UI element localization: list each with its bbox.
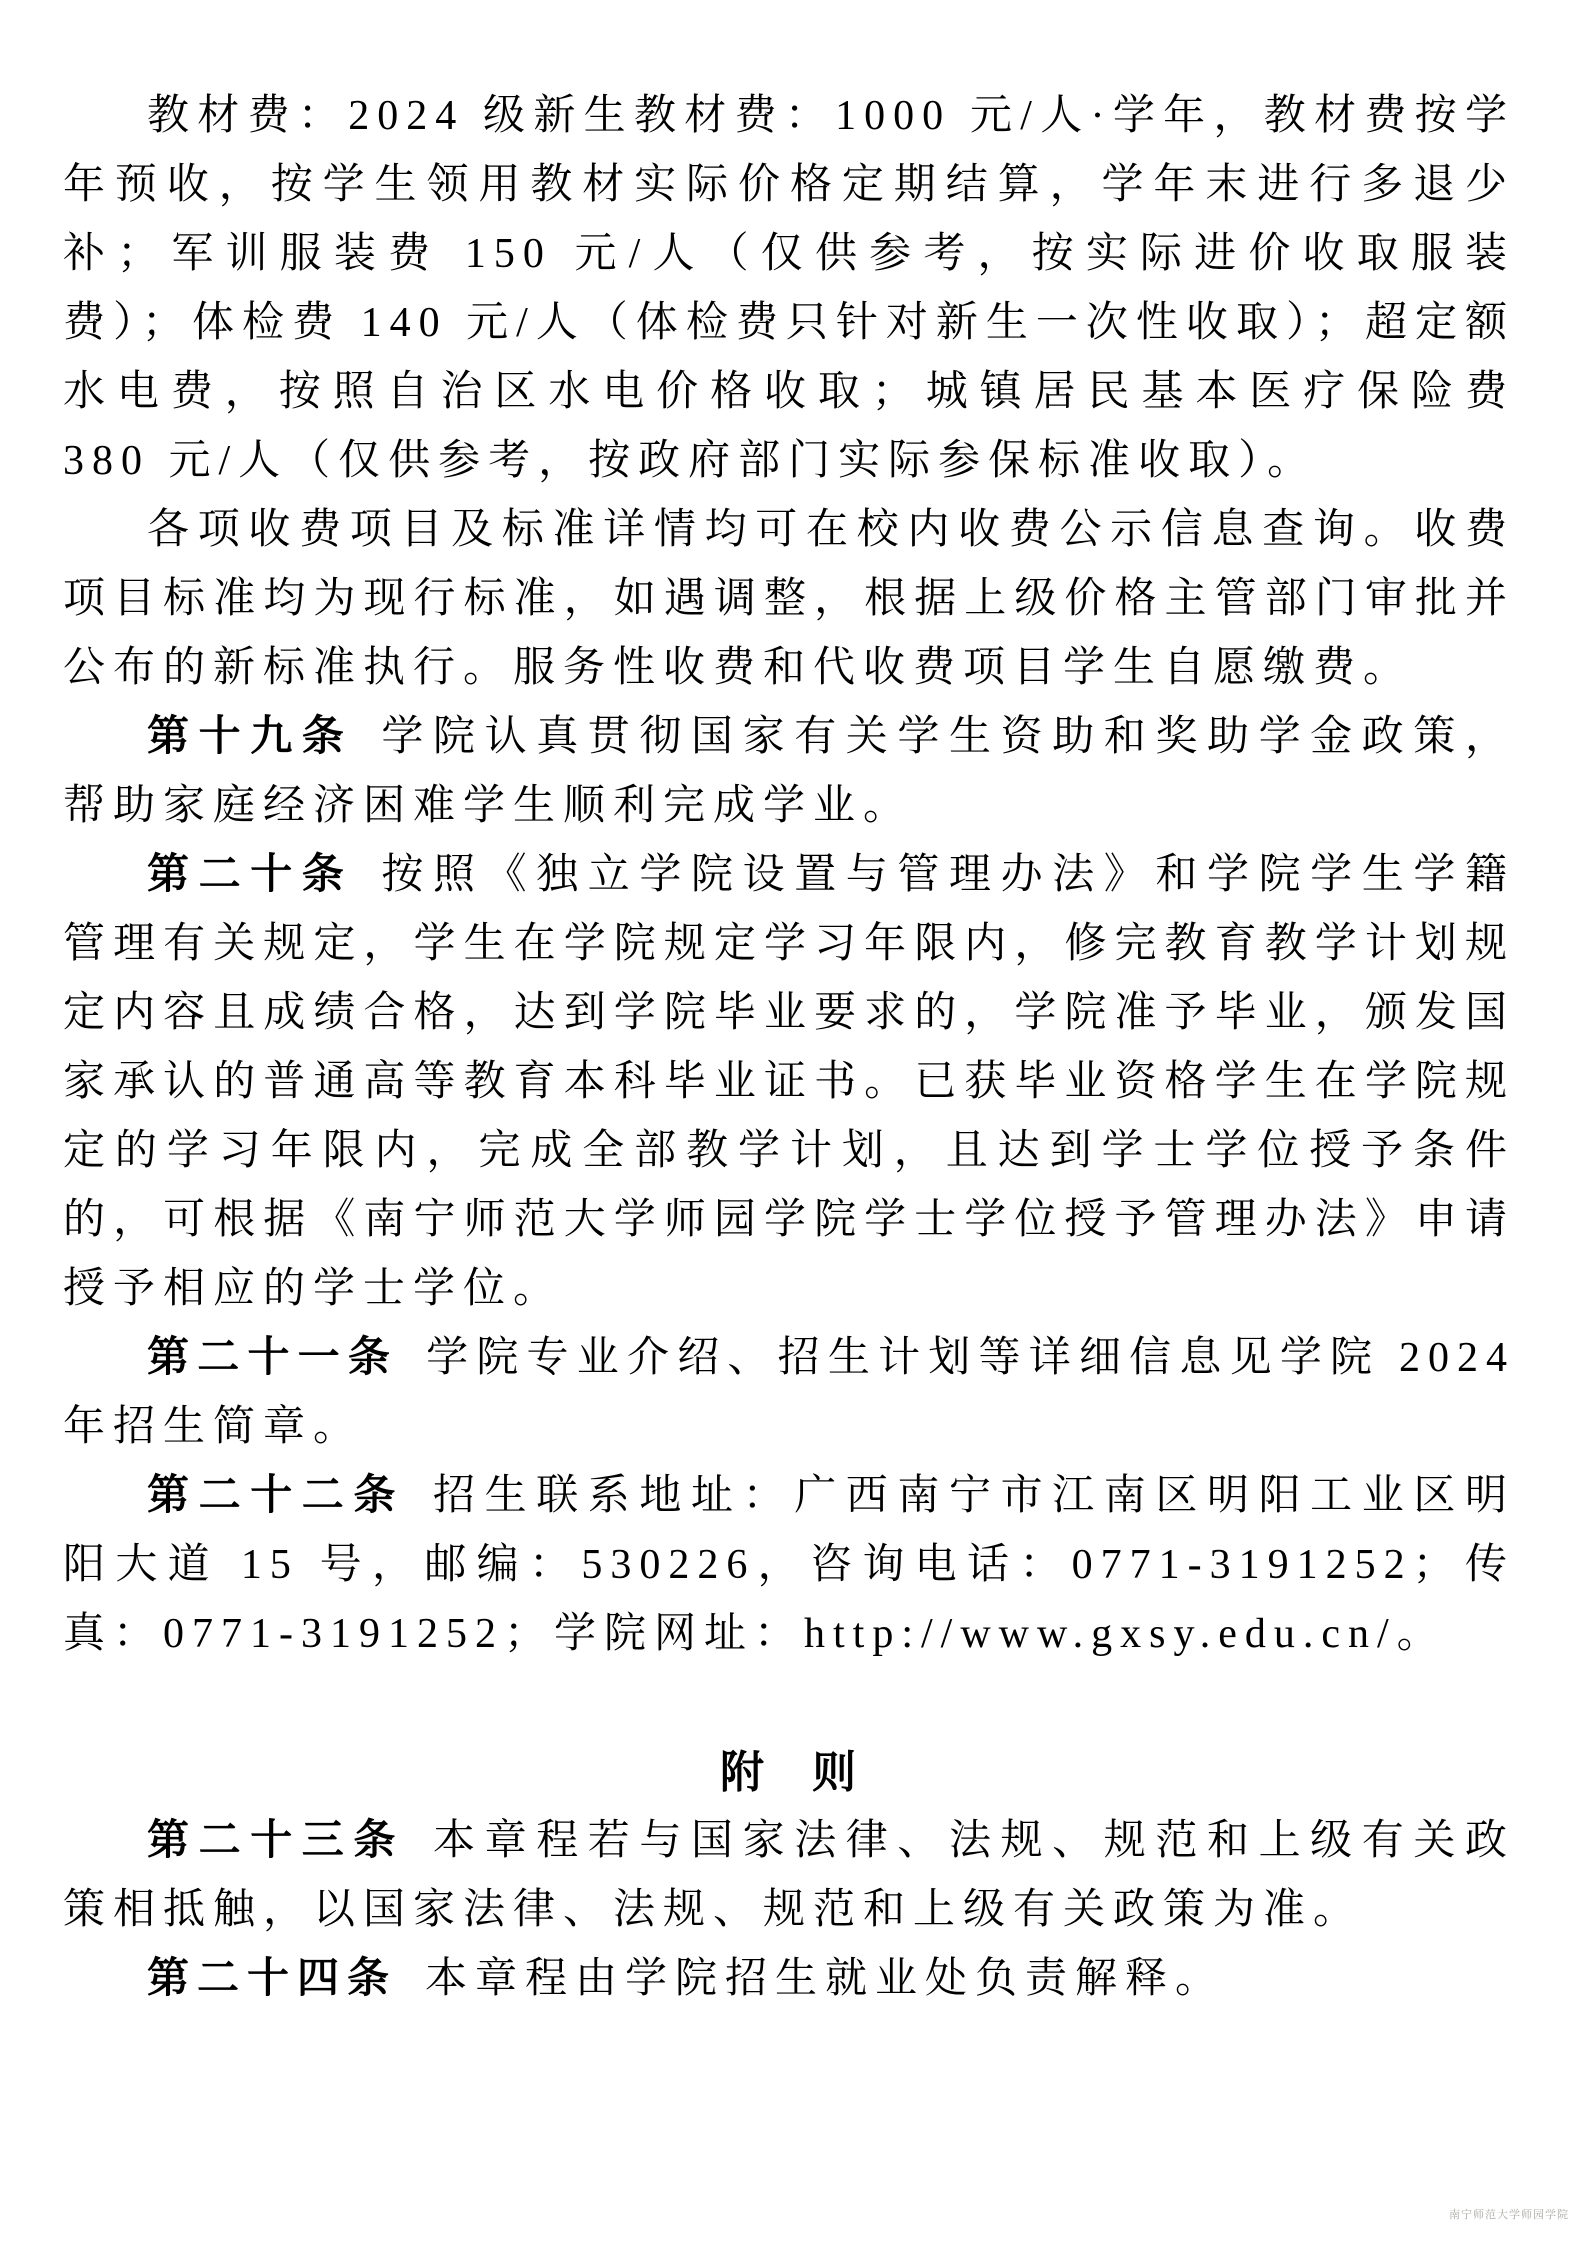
paragraph-fee-standards: 各项收费项目及标准详情均可在校内收费公示信息查询。收费项目标准均为现行标准，如遇… [63, 496, 1515, 703]
paragraph-text: 各项收费项目及标准详情均可在校内收费公示信息查询。收费项目标准均为现行标准，如遇… [63, 507, 1515, 691]
document-page: 教材费：2024 级新生教材费：1000 元/人·学年，教材费按学年预收，按学生… [63, 82, 1515, 2014]
paragraph-text: 教材费：2024 级新生教材费：1000 元/人·学年，教材费按学年预收，按学生… [63, 93, 1515, 484]
article-text: 本章程由学院招生就业处负责解释。 [425, 1956, 1225, 2002]
article-22: 第二十二条招生联系地址：广西南宁市江南区明阳工业区明阳大道 15 号，邮编：53… [63, 1462, 1515, 1669]
section-heading-appendix: 附 则 [63, 1738, 1515, 1807]
article-number: 第二十条 [147, 852, 353, 898]
article-number: 第二十四条 [147, 1956, 397, 2002]
article-number: 第二十二条 [147, 1473, 405, 1519]
article-text: 按照《独立学院设置与管理办法》和学院学生学籍管理有关规定，学生在学院规定学习年限… [63, 852, 1515, 1312]
article-number: 第十九条 [147, 714, 353, 760]
article-19: 第十九条学院认真贯彻国家有关学生资助和奖助学金政策，帮助家庭经济困难学生顺利完成… [63, 703, 1515, 841]
watermark: 南宁师范大学师园学院 [1449, 2208, 1569, 2222]
article-23: 第二十三条本章程若与国家法律、法规、规范和上级有关政策相抵触，以国家法律、法规、… [63, 1807, 1515, 1945]
article-number: 第二十三条 [147, 1818, 405, 1864]
article-20: 第二十条按照《独立学院设置与管理办法》和学院学生学籍管理有关规定，学生在学院规定… [63, 841, 1515, 1324]
article-21: 第二十一条学院专业介绍、招生计划等详细信息见学院 2024 年招生简章。 [63, 1324, 1515, 1462]
article-number: 第二十一条 [147, 1335, 398, 1381]
article-24: 第二十四条本章程由学院招生就业处负责解释。 [63, 1945, 1515, 2014]
paragraph-textbook-fees: 教材费：2024 级新生教材费：1000 元/人·学年，教材费按学年预收，按学生… [63, 82, 1515, 496]
